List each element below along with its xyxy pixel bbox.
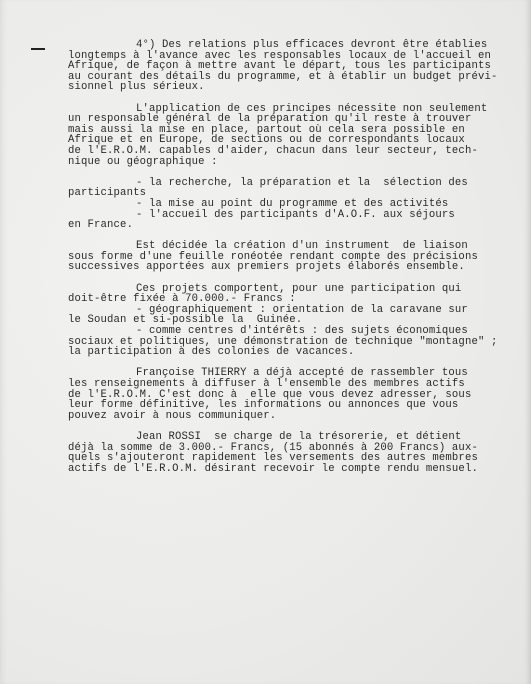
text-line: pouvez avoir à nous communiquer. <box>68 411 508 422</box>
text-line: de l'E.R.O.M. capables d'aider, chacun d… <box>68 146 508 157</box>
text-line: actifs de l'E.R.O.M. désirant recevoir l… <box>68 464 508 475</box>
text-line: nique ou géographique : <box>68 157 508 168</box>
text-line: - la mise au point du programme et des a… <box>68 199 508 210</box>
paragraph-thierry: Françoise THIERRY a déjà accepté de rass… <box>68 368 508 421</box>
text-line: sionnel plus sérieux. <box>68 82 508 93</box>
paragraph-list: - la recherche, la préparation et la sél… <box>68 178 508 231</box>
text-line: la participation à des colonies de vacan… <box>68 347 508 358</box>
paragraph-rossi: Jean ROSSI se charge de la trésorerie, e… <box>68 432 508 474</box>
paragraph-projets: Ces projets comportent, pour une partici… <box>68 284 508 358</box>
paragraph-liaison: Est décidée la création d'un instrument … <box>68 241 508 273</box>
document-body: 4°) Des relations plus efficaces devront… <box>68 40 508 474</box>
text-line: Jean ROSSI se charge de la trésorerie, e… <box>68 432 508 443</box>
text-line: les renseignements à diffuser à l'ensemb… <box>68 379 508 390</box>
text-line: en France. <box>68 220 508 231</box>
text-line: - l'accueil des participants d'A.O.F. au… <box>68 210 508 221</box>
paragraph-p4: 4°) Des relations plus efficaces devront… <box>68 40 508 93</box>
paragraph-gap <box>68 93 508 104</box>
text-line: successives apportées aux premiers proje… <box>68 262 508 273</box>
text-line: 4°) Des relations plus efficaces devront… <box>68 40 508 51</box>
document-page: 4°) Des relations plus efficaces devront… <box>0 0 531 684</box>
paragraph-application: L'application de ces principes nécessite… <box>68 104 508 168</box>
margin-dash-mark <box>31 48 45 50</box>
